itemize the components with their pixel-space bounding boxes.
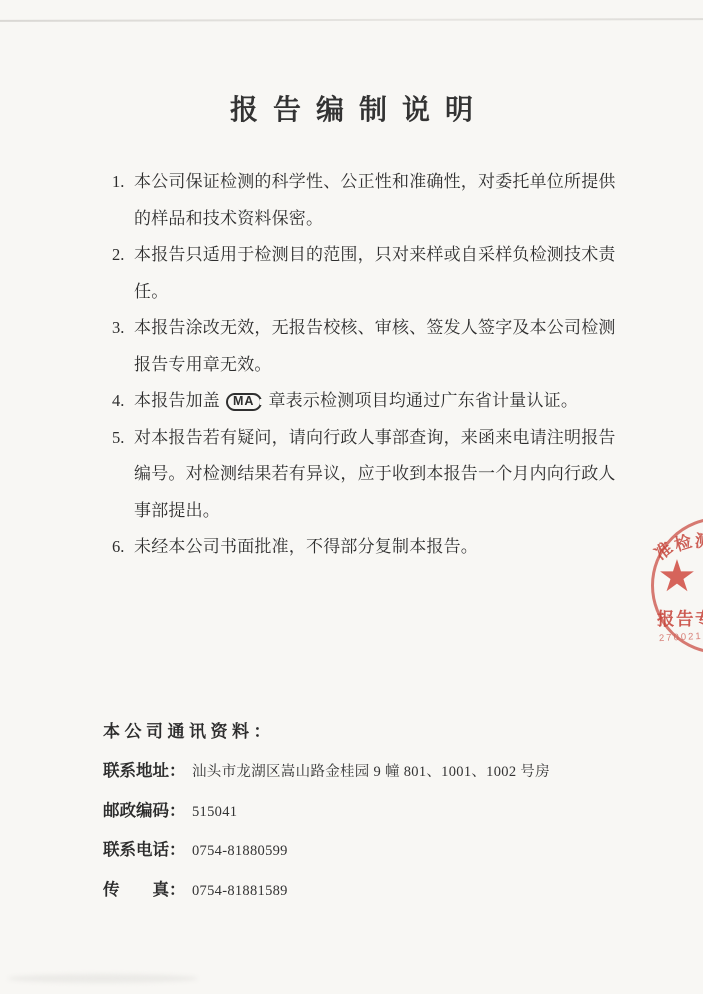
notice-number: 6. bbox=[112, 529, 134, 566]
contact-heading: 本公司通讯资料： bbox=[103, 720, 623, 744]
notice-item: 3. 本报告涂改无效，无报告校核、审核、签发人签字及本公司检测 报告专用章无效。 bbox=[112, 310, 612, 383]
seal-serial-number: 270021 bbox=[659, 631, 703, 644]
notice-number: 4. bbox=[112, 383, 134, 420]
contact-value: 0754-81880599 bbox=[192, 843, 288, 859]
notice-number: 2. bbox=[112, 237, 134, 274]
notice-list: 1. 本公司保证检测的科学性、公正性和准确性，对委托单位所提供 的样品和技术资料… bbox=[112, 164, 612, 566]
notice-text: 本报告涂改无效，无报告校核、审核、签发人签字及本公司检测 报告专用章无效。 bbox=[134, 310, 616, 383]
contact-row: 联系地址： 汕头市龙湖区嵩山路金桂园 9 幢 801、1001、1002 号房 bbox=[103, 759, 623, 784]
notice-text: 对本报告若有疑问，请向行政人事部查询，来函来电请注明报告 编号。对检测结果若有异… bbox=[134, 420, 616, 530]
notice-text: 未经本公司书面批准，不得部分复制本报告。 bbox=[134, 529, 612, 566]
notice-text: 本报告加盖MA章表示检测项目均通过广东省计量认证。 bbox=[134, 383, 612, 420]
scan-edge-artifact bbox=[0, 18, 703, 22]
notice-item: 2. 本报告只适用于检测目的范围，只对来样或自采样负检测技术责 任。 bbox=[112, 237, 612, 310]
company-seal-stamp: 准 检 测 ★ 报告专 270021 bbox=[651, 517, 703, 654]
notice-item: 5. 对本报告若有疑问，请向行政人事部查询，来函来电请注明报告 编号。对检测结果… bbox=[112, 420, 612, 530]
seal-arc-text: 测 bbox=[694, 527, 703, 553]
notice-number: 3. bbox=[112, 310, 134, 347]
page-title: 报告编制说明 bbox=[0, 88, 703, 128]
star-icon: ★ bbox=[654, 554, 700, 600]
notice-text: 本公司保证检测的科学性、公正性和准确性，对委托单位所提供 的样品和技术资料保密。 bbox=[134, 164, 616, 237]
notice-item: 6. 未经本公司书面批准，不得部分复制本报告。 bbox=[112, 529, 612, 566]
contact-value: 0754-81881589 bbox=[192, 883, 288, 899]
seal-center-text: 报告专 bbox=[657, 606, 703, 631]
contact-label: 联系地址： bbox=[103, 759, 188, 783]
contact-section: 本公司通讯资料： 联系地址： 汕头市龙湖区嵩山路金桂园 9 幢 801、1001… bbox=[103, 720, 623, 917]
contact-label: 邮政编码： bbox=[103, 799, 188, 823]
notice-text: 本报告只适用于检测目的范围，只对来样或自采样负检测技术责 任。 bbox=[134, 237, 616, 310]
notice-text-after: 章表示检测项目均通过广东省计量认证。 bbox=[268, 391, 578, 410]
contact-label: 联系电话： bbox=[103, 838, 188, 862]
contact-label: 传 真： bbox=[103, 878, 188, 902]
notice-number: 5. bbox=[112, 420, 134, 457]
contact-row: 邮政编码： 515041 bbox=[103, 799, 623, 824]
notice-number: 1. bbox=[112, 164, 134, 201]
notice-item: 1. 本公司保证检测的科学性、公正性和准确性，对委托单位所提供 的样品和技术资料… bbox=[112, 164, 612, 237]
scan-smudge-artifact bbox=[8, 974, 198, 983]
document-page: 报告编制说明 1. 本公司保证检测的科学性、公正性和准确性，对委托单位所提供 的… bbox=[0, 0, 703, 994]
notice-text-before: 本报告加盖 bbox=[134, 391, 220, 410]
notice-item: 4. 本报告加盖MA章表示检测项目均通过广东省计量认证。 bbox=[112, 383, 612, 420]
cma-accreditation-mark-icon: MA bbox=[226, 393, 262, 411]
contact-value: 515041 bbox=[192, 804, 237, 820]
contact-row: 联系电话： 0754-81880599 bbox=[103, 838, 623, 863]
contact-value: 汕头市龙湖区嵩山路金桂园 9 幢 801、1001、1002 号房 bbox=[192, 764, 550, 780]
contact-row: 传 真： 0754-81881589 bbox=[103, 878, 623, 903]
